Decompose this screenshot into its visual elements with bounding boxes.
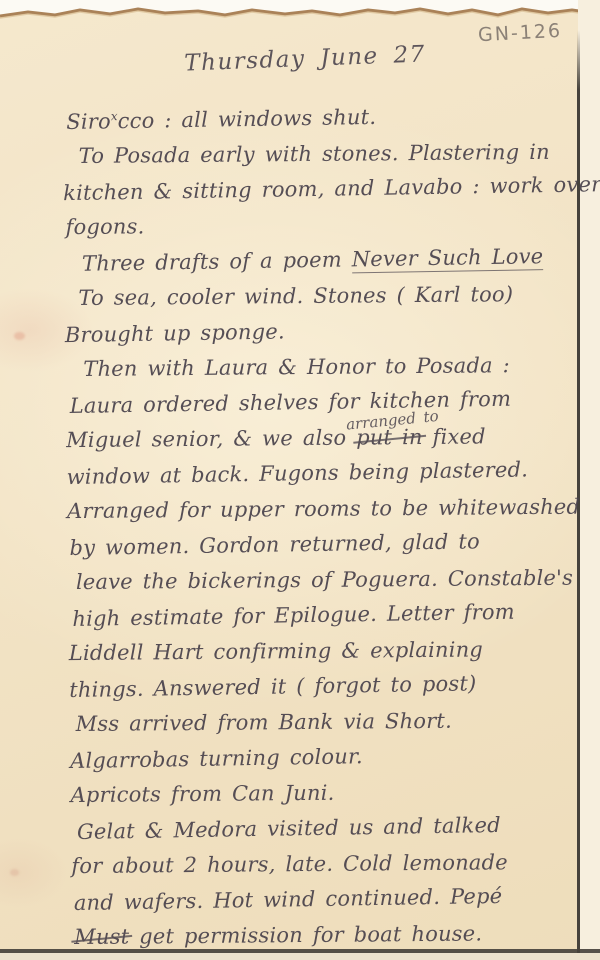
manuscript-line: Three drafts of a poem Never Such Love <box>64 239 570 283</box>
poem-title: Never Such Love <box>352 244 544 273</box>
text-segment: fogons. <box>65 214 144 239</box>
text-segment: cco : all windows shut. <box>117 105 376 133</box>
text-segment: fixed <box>423 424 486 449</box>
text-segment: things. Answered it ( forgot to post) <box>69 671 477 702</box>
text-segment: Algarrobas turning colour. <box>70 744 363 773</box>
page-right-edge-line <box>577 0 580 960</box>
manuscript-line: Algarrobas turning colour. <box>70 736 576 780</box>
text-segment: Miguel senior, & we also <box>66 425 356 452</box>
manuscript-line: kitchen & sitting room, and Lavabo : wor… <box>63 168 569 212</box>
text-segment: Apricots from Can Juni. <box>70 780 334 806</box>
text-segment: Arranged for upper rooms to be whitewash… <box>67 494 580 522</box>
text-segment: for about 2 hours, late. Cold lemonade <box>71 850 508 878</box>
text-segment: window at back. Fugons being plastered. <box>66 457 528 489</box>
manuscript-body: Siroxcco : all windows shut.To Posada ea… <box>62 93 577 956</box>
manuscript-line: Must get permission for boat house. <box>72 915 577 955</box>
text-segment: get permission for boat house. <box>129 921 482 948</box>
manuscript-line: by women. Gordon returned, glad to <box>67 523 573 567</box>
text-segment: Three drafts of a poem <box>82 247 352 275</box>
entry-date-heading: Thursday June 27 <box>150 40 461 78</box>
text-segment: and wafers. Hot wind continued. Pepé <box>74 884 503 915</box>
text-segment: Siro <box>66 109 111 134</box>
text-segment: leave the bickerings of Poguera. Constab… <box>76 565 573 593</box>
text-segment: To Posada early with stones. Plastering … <box>79 139 550 167</box>
text-segment: Brought up sponge. <box>65 319 285 347</box>
manuscript-line: Laura ordered shelves for kitchen from <box>65 381 571 425</box>
text-segment: kitchen & sitting room, and Lavabo : wor… <box>63 172 600 205</box>
text-segment: put inarranged to <box>356 419 423 455</box>
scan-background-right <box>578 0 600 960</box>
text-segment: by women. Gordon returned, glad to <box>69 529 480 560</box>
manuscript-line: Gelat & Medora visited us and talked <box>71 807 577 851</box>
text-segment: Gelat & Medora visited us and talked <box>77 813 501 844</box>
manuscript-line: and wafers. Hot wind continued. Pepé <box>72 878 578 922</box>
text-segment: Liddell Hart confirming & explaining <box>69 637 483 665</box>
text-segment: Laura ordered shelves for kitchen from <box>70 387 512 418</box>
manuscript-line: window at back. Fugons being plastered. <box>66 452 572 496</box>
text-segment: To sea, cooler wind. Stones ( Karl too) <box>78 282 513 310</box>
text-segment: Mss arrived from Bank via Short. <box>76 708 452 735</box>
archive-code-pencil: GN-126 <box>477 20 562 46</box>
manuscript-line: Siroxcco : all windows shut. <box>62 92 568 141</box>
manuscript-line: high estimate for Epilogue. Letter from <box>68 594 574 638</box>
paper-stain <box>14 332 25 340</box>
manuscript-line: things. Answered it ( forgot to post) <box>69 665 575 709</box>
text-segment: Then with Laura & Honor to Posada : <box>83 353 510 381</box>
text-segment: high estimate for Epilogue. Letter from <box>72 600 515 631</box>
manuscript-line: Brought up sponge. <box>65 310 571 354</box>
text-segment: Must <box>74 919 129 955</box>
paper-stain <box>10 869 19 876</box>
manuscript-page-scan: GN-126 Thursday June 27 Siroxcco : all w… <box>0 0 600 960</box>
